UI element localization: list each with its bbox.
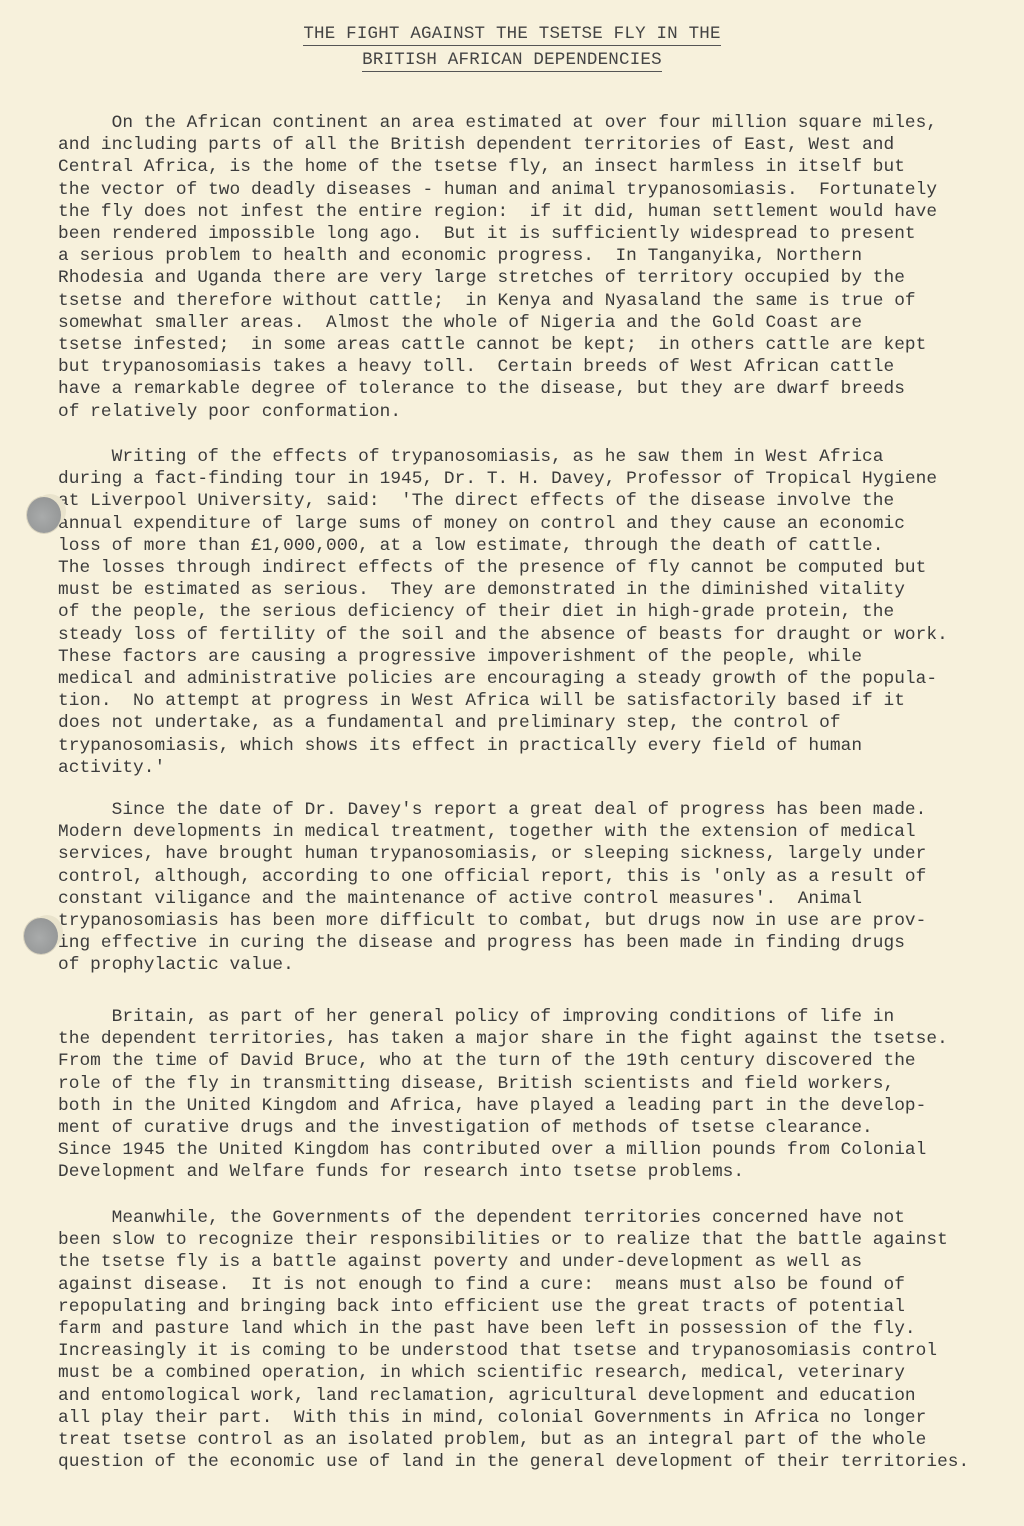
punch-hole-lower: [24, 918, 58, 954]
text-line: constant viligance and the maintenance o…: [58, 888, 862, 910]
text-line: the dependent territories, has taken a m…: [58, 1028, 948, 1050]
text-line: the vector of two deadly diseases - huma…: [58, 179, 937, 201]
text-line: tion. No attempt at progress in West Afr…: [58, 690, 905, 712]
text-line: at Liverpool University, said: 'The dire…: [58, 490, 894, 512]
text-line: and entomological work, land reclamation…: [58, 1385, 916, 1407]
text-line: Since the date of Dr. Davey's report a g…: [58, 799, 926, 821]
text-line: services, have brought human trypanosomi…: [58, 843, 926, 865]
text-line: have a remarkable degree of tolerance to…: [58, 378, 905, 400]
text-line: Since 1945 the United Kingdom has contri…: [58, 1139, 926, 1161]
text-line: ment of curative drugs and the investiga…: [58, 1117, 873, 1139]
text-line: These factors are causing a progressive …: [58, 646, 862, 668]
text-line: Development and Welfare funds for resear…: [58, 1161, 744, 1183]
text-line: a serious problem to health and economic…: [58, 245, 862, 267]
text-line: loss of more than £1,000,000, at a low e…: [58, 535, 883, 557]
typewritten-page: THE FIGHT AGAINST THE TSETSE FLY IN THE …: [0, 0, 1024, 1526]
text-line: annual expenditure of large sums of mone…: [58, 513, 905, 535]
text-line: farm and pasture land which in the past …: [58, 1318, 916, 1340]
text-line: Meanwhile, the Governments of the depend…: [58, 1207, 905, 1229]
text-line: the tsetse fly is a battle against pover…: [58, 1251, 862, 1273]
text-line: repopulating and bringing back into effi…: [58, 1296, 905, 1318]
text-line: role of the fly in transmitting disease,…: [58, 1073, 894, 1095]
text-line: trypanosomiasis has been more difficult …: [58, 910, 926, 932]
text-line: From the time of David Bruce, who at the…: [58, 1050, 916, 1072]
text-line: does not undertake, as a fundamental and…: [58, 712, 841, 734]
text-line: The losses through indirect effects of t…: [58, 557, 926, 579]
text-line: the fly does not infest the entire regio…: [58, 201, 937, 223]
text-line: question of the economic use of land in …: [58, 1451, 969, 1473]
text-line: tsetse infested; in some areas cattle ca…: [58, 334, 926, 356]
text-line: treat tsetse control as an isolated prob…: [58, 1429, 926, 1451]
text-line: and including parts of all the British d…: [58, 134, 894, 156]
text-line: against disease. It is not enough to fin…: [58, 1274, 905, 1296]
text-line: steady loss of fertility of the soil and…: [58, 624, 948, 646]
text-line: been rendered impossible long ago. But i…: [58, 223, 916, 245]
punch-hole-upper: [27, 497, 61, 533]
text-line: Writing of the effects of trypanosomiasi…: [58, 446, 883, 468]
text-line: of relatively poor conformation.: [58, 401, 401, 423]
title-line-2: BRITISH AFRICAN DEPENDENCIES: [0, 50, 1024, 70]
text-line: must be a combined operation, in which s…: [58, 1362, 905, 1384]
text-line: trypanosomiasis, which shows its effect …: [58, 735, 862, 757]
text-line: Modern developments in medical treatment…: [58, 821, 916, 843]
text-line: during a fact-finding tour in 1945, Dr. …: [58, 468, 937, 490]
text-line: medical and administrative policies are …: [58, 668, 937, 690]
text-line: must be estimated as serious. They are d…: [58, 579, 905, 601]
text-line: of prophylactic value.: [58, 954, 294, 976]
text-line: Increasingly it is coming to be understo…: [58, 1340, 937, 1362]
text-line: Britain, as part of her general policy o…: [58, 1006, 894, 1028]
title-line-1: THE FIGHT AGAINST THE TSETSE FLY IN THE: [0, 24, 1024, 44]
text-line: control, although, according to one offi…: [58, 866, 926, 888]
text-line: of the people, the serious deficiency of…: [58, 601, 894, 623]
text-line: Rhodesia and Uganda there are very large…: [58, 267, 905, 289]
text-line: both in the United Kingdom and Africa, h…: [58, 1095, 926, 1117]
text-line: activity.': [58, 757, 165, 779]
text-line: tsetse and therefore without cattle; in …: [58, 290, 916, 312]
text-line: but trypanosomiasis takes a heavy toll. …: [58, 356, 894, 378]
text-line: all play their part. With this in mind, …: [58, 1407, 926, 1429]
text-line: somewhat smaller areas. Almost the whole…: [58, 312, 862, 334]
text-line: Central Africa, is the home of the tsets…: [58, 156, 905, 178]
text-line: ing effective in curing the disease and …: [58, 932, 905, 954]
text-line: been slow to recognize their responsibil…: [58, 1229, 948, 1251]
text-line: On the African continent an area estimat…: [58, 112, 937, 134]
